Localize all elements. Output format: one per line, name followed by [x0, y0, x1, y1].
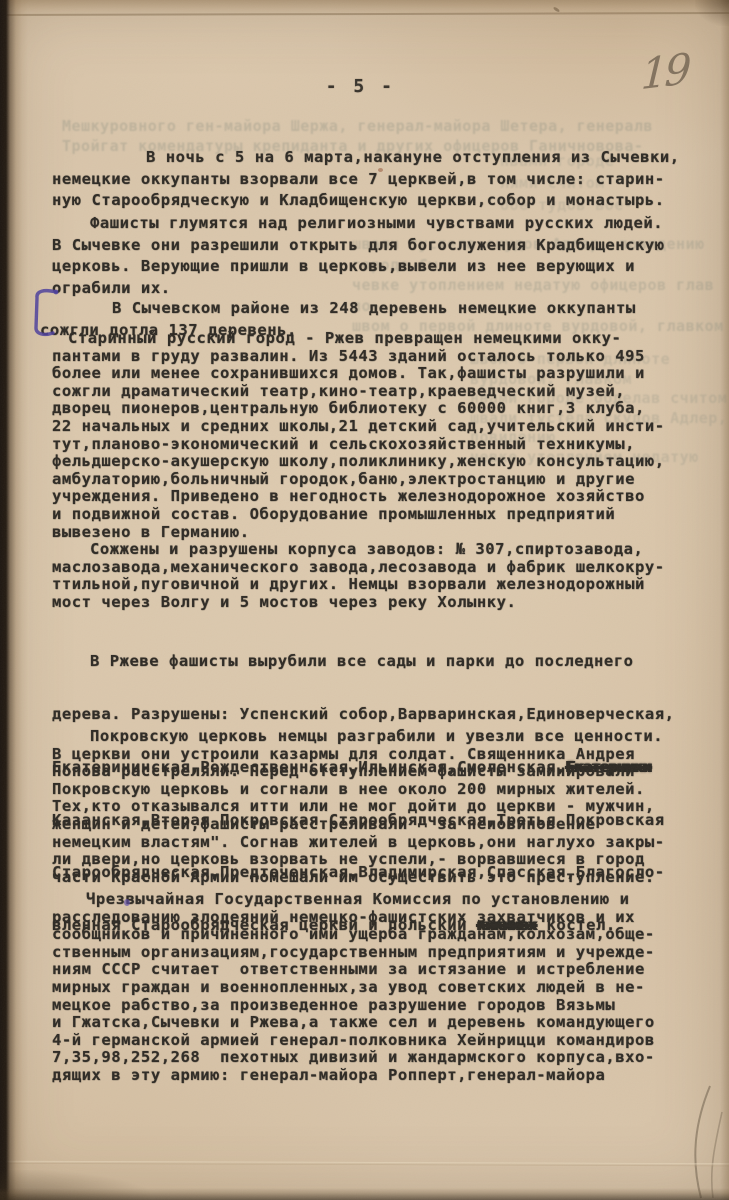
page-number: - 5 -	[326, 76, 395, 98]
paragraph-mockery-of-believers: Фашисты глумятся над религиозными чувств…	[52, 213, 704, 299]
handwritten-folio-number: 19	[640, 47, 689, 97]
paragraph-rzhev-ruins: Старинный русский город - Ржев превращен…	[52, 330, 704, 541]
paper-crease	[0, 1161, 729, 1167]
text-line: дерева. Разрушены: Успенский собор,Варва…	[52, 706, 704, 724]
scan-edge	[0, 0, 28, 1200]
scan-edge	[695, 0, 729, 26]
scan-edge	[720, 0, 729, 1200]
paragraph-state-commission: Чрезвычайная Государственная Комиссия по…	[52, 891, 704, 1085]
scan-edge	[0, 1170, 150, 1200]
scan-edge	[0, 0, 729, 15]
paragraph-factories-destroyed: Сожжены и разрушены корпуса заводов: № 3…	[52, 541, 704, 611]
paragraph-churches-blown-up: В ночь с 5 на 6 марта,накануне отступлен…	[52, 147, 704, 212]
margin-bracket-annotation	[29, 287, 63, 339]
text-line: В Ржеве фашисты вырубили все сады и парк…	[52, 653, 704, 671]
scanned-document-page: Мешкуровного ген-майора Шержа, генерал-м…	[0, 0, 729, 1200]
ink-dot-annotation	[124, 899, 130, 906]
paragraph-pokrovskaya-church: Покровскую церковь немцы разграбили и ув…	[52, 728, 704, 886]
paper-speck	[378, 168, 383, 172]
